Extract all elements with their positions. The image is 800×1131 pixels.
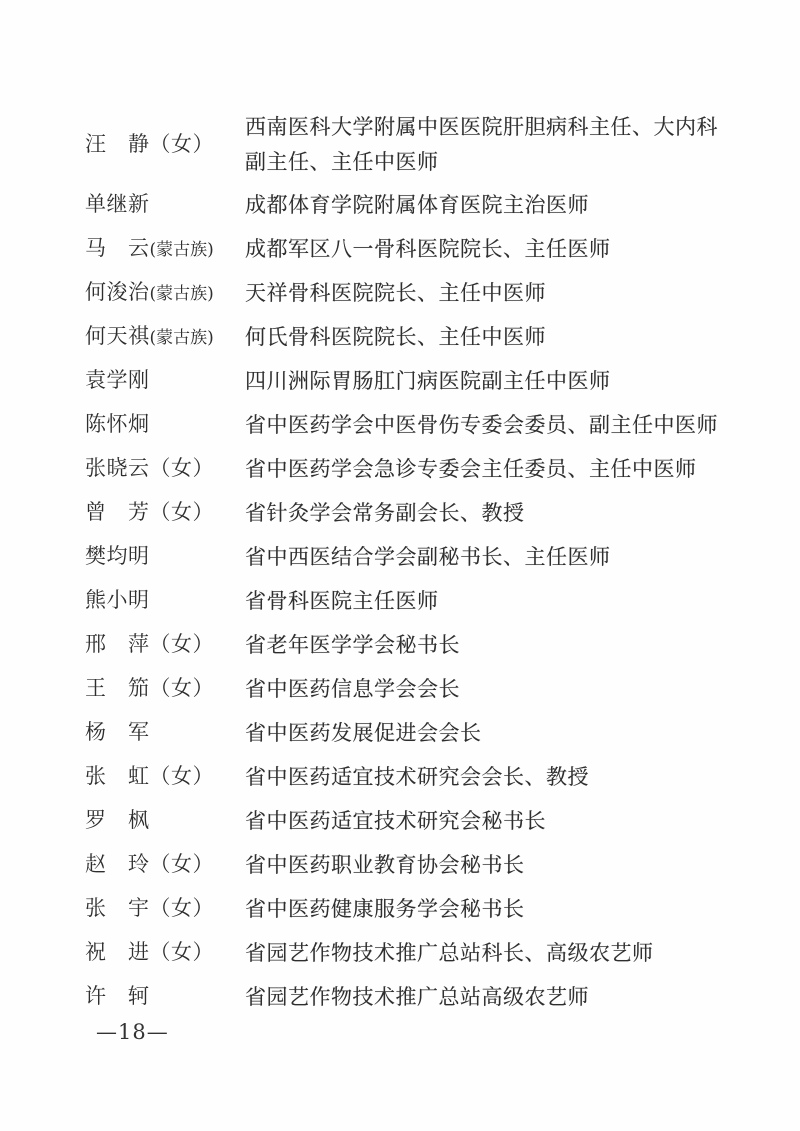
recipient-name-cell: 邢 萍（女） <box>85 627 245 664</box>
recipient-title: 省骨科医院主任医师 <box>245 584 725 619</box>
list-item: 张 宇（女） 省中医药健康服务学会秘书长 <box>85 891 725 928</box>
recipient-name-cell: 曾 芳（女） <box>85 495 245 532</box>
recipient-name-cell: 熊小明 <box>85 583 245 620</box>
recipient-name-cell: 汪 静（女） <box>85 127 245 164</box>
recipient-name: 张晓云（女） <box>85 456 214 480</box>
recipient-ethnic: (蒙古族) <box>150 284 214 304</box>
recipient-name: 王 笳（女） <box>85 676 214 700</box>
recipient-title: 省中医药适宜技术研究会秘书长 <box>245 804 725 839</box>
document-page: 汪 静（女） 西南医科大学附属中医医院肝胆病科主任、大内科副主任、主任中医师 单… <box>0 0 800 1131</box>
recipient-name: 熊小明 <box>85 588 150 612</box>
recipient-name-cell: 赵 玲（女） <box>85 847 245 884</box>
recipient-name-cell: 张晓云（女） <box>85 451 245 488</box>
recipient-name-cell: 何天祺(蒙古族) <box>85 319 245 356</box>
list-item: 马 云(蒙古族) 成都军区八一骨科医院院长、主任医师 <box>85 231 725 268</box>
recipient-title: 省中医药发展促进会会长 <box>245 716 725 751</box>
recipient-title: 省中医药学会中医骨伤专委会委员、副主任中医师 <box>245 408 725 443</box>
recipient-name-cell: 单继新 <box>85 187 245 224</box>
list-item: 何浚治(蒙古族) 天祥骨科医院院长、主任中医师 <box>85 275 725 312</box>
recipient-title: 成都军区八一骨科医院院长、主任医师 <box>245 232 725 267</box>
recipient-ethnic: (蒙古族) <box>150 328 214 348</box>
recipient-title: 省中医药职业教育协会秘书长 <box>245 848 725 883</box>
list-item: 王 笳（女） 省中医药信息学会会长 <box>85 671 725 708</box>
list-item: 陈怀炯 省中医药学会中医骨伤专委会委员、副主任中医师 <box>85 407 725 444</box>
recipient-title: 省中医药信息学会会长 <box>245 672 725 707</box>
recipient-name-cell: 袁学刚 <box>85 363 245 400</box>
recipient-name: 樊均明 <box>85 544 150 568</box>
page-number: —18— <box>96 1020 169 1044</box>
list-item: 熊小明 省骨科医院主任医师 <box>85 583 725 620</box>
recipient-list: 汪 静（女） 西南医科大学附属中医医院肝胆病科主任、大内科副主任、主任中医师 单… <box>85 110 725 1023</box>
list-item: 袁学刚 四川洲际胃肠肛门病医院副主任中医师 <box>85 363 725 400</box>
recipient-title: 四川洲际胃肠肛门病医院副主任中医师 <box>245 364 725 399</box>
list-item: 曾 芳（女） 省针灸学会常务副会长、教授 <box>85 495 725 532</box>
recipient-name-cell: 许 轲 <box>85 979 245 1016</box>
recipient-name: 张 宇（女） <box>85 896 214 920</box>
recipient-title: 省中医药学会急诊专委会主任委员、主任中医师 <box>245 452 725 487</box>
recipient-title: 省园艺作物技术推广总站科长、高级农艺师 <box>245 936 725 971</box>
recipient-title: 省中西医结合学会副秘书长、主任医师 <box>245 540 725 575</box>
recipient-name: 许 轲 <box>85 984 150 1008</box>
recipient-name-cell: 祝 进（女） <box>85 935 245 972</box>
list-item: 张 虹（女） 省中医药适宜技术研究会会长、教授 <box>85 759 725 796</box>
list-item: 单继新 成都体育学院附属体育医院主治医师 <box>85 187 725 224</box>
recipient-name-cell: 杨 军 <box>85 715 245 752</box>
list-item: 祝 进（女） 省园艺作物技术推广总站科长、高级农艺师 <box>85 935 725 972</box>
recipient-name: 邢 萍（女） <box>85 632 214 656</box>
recipient-name: 何浚治 <box>85 280 150 304</box>
recipient-title: 省中医药适宜技术研究会会长、教授 <box>245 760 725 795</box>
list-item: 罗 枫 省中医药适宜技术研究会秘书长 <box>85 803 725 840</box>
recipient-name-cell: 何浚治(蒙古族) <box>85 275 245 312</box>
recipient-title: 省中医药健康服务学会秘书长 <box>245 892 725 927</box>
list-item: 张晓云（女） 省中医药学会急诊专委会主任委员、主任中医师 <box>85 451 725 488</box>
list-item: 许 轲 省园艺作物技术推广总站高级农艺师 <box>85 979 725 1016</box>
recipient-title: 省园艺作物技术推广总站高级农艺师 <box>245 980 725 1015</box>
recipient-name: 单继新 <box>85 192 150 216</box>
recipient-name: 袁学刚 <box>85 368 150 392</box>
recipient-name-cell: 马 云(蒙古族) <box>85 231 245 268</box>
recipient-title: 省针灸学会常务副会长、教授 <box>245 496 725 531</box>
recipient-title: 西南医科大学附属中医医院肝胆病科主任、大内科副主任、主任中医师 <box>245 110 725 180</box>
list-item: 赵 玲（女） 省中医药职业教育协会秘书长 <box>85 847 725 884</box>
recipient-title: 何氏骨科医院院长、主任中医师 <box>245 320 725 355</box>
recipient-name: 张 虹（女） <box>85 764 214 788</box>
recipient-title: 省老年医学学会秘书长 <box>245 628 725 663</box>
recipient-title: 成都体育学院附属体育医院主治医师 <box>245 188 725 223</box>
recipient-name: 汪 静（女） <box>85 132 214 156</box>
list-item: 杨 军 省中医药发展促进会会长 <box>85 715 725 752</box>
recipient-name-cell: 樊均明 <box>85 539 245 576</box>
recipient-name-cell: 罗 枫 <box>85 803 245 840</box>
recipient-title: 天祥骨科医院院长、主任中医师 <box>245 276 725 311</box>
recipient-name-cell: 张 宇（女） <box>85 891 245 928</box>
recipient-name: 祝 进（女） <box>85 940 214 964</box>
recipient-ethnic: (蒙古族) <box>150 240 214 260</box>
list-item: 何天祺(蒙古族) 何氏骨科医院院长、主任中医师 <box>85 319 725 356</box>
list-item: 邢 萍（女） 省老年医学学会秘书长 <box>85 627 725 664</box>
recipient-name: 杨 军 <box>85 720 150 744</box>
recipient-name-cell: 张 虹（女） <box>85 759 245 796</box>
recipient-name-cell: 陈怀炯 <box>85 407 245 444</box>
recipient-name: 罗 枫 <box>85 808 150 832</box>
list-item: 汪 静（女） 西南医科大学附属中医医院肝胆病科主任、大内科副主任、主任中医师 <box>85 110 725 180</box>
recipient-name: 陈怀炯 <box>85 412 150 436</box>
recipient-name: 何天祺 <box>85 324 150 348</box>
recipient-name: 赵 玲（女） <box>85 852 214 876</box>
recipient-name: 马 云 <box>85 236 150 260</box>
list-item: 樊均明 省中西医结合学会副秘书长、主任医师 <box>85 539 725 576</box>
recipient-name-cell: 王 笳（女） <box>85 671 245 708</box>
recipient-name: 曾 芳（女） <box>85 500 214 524</box>
